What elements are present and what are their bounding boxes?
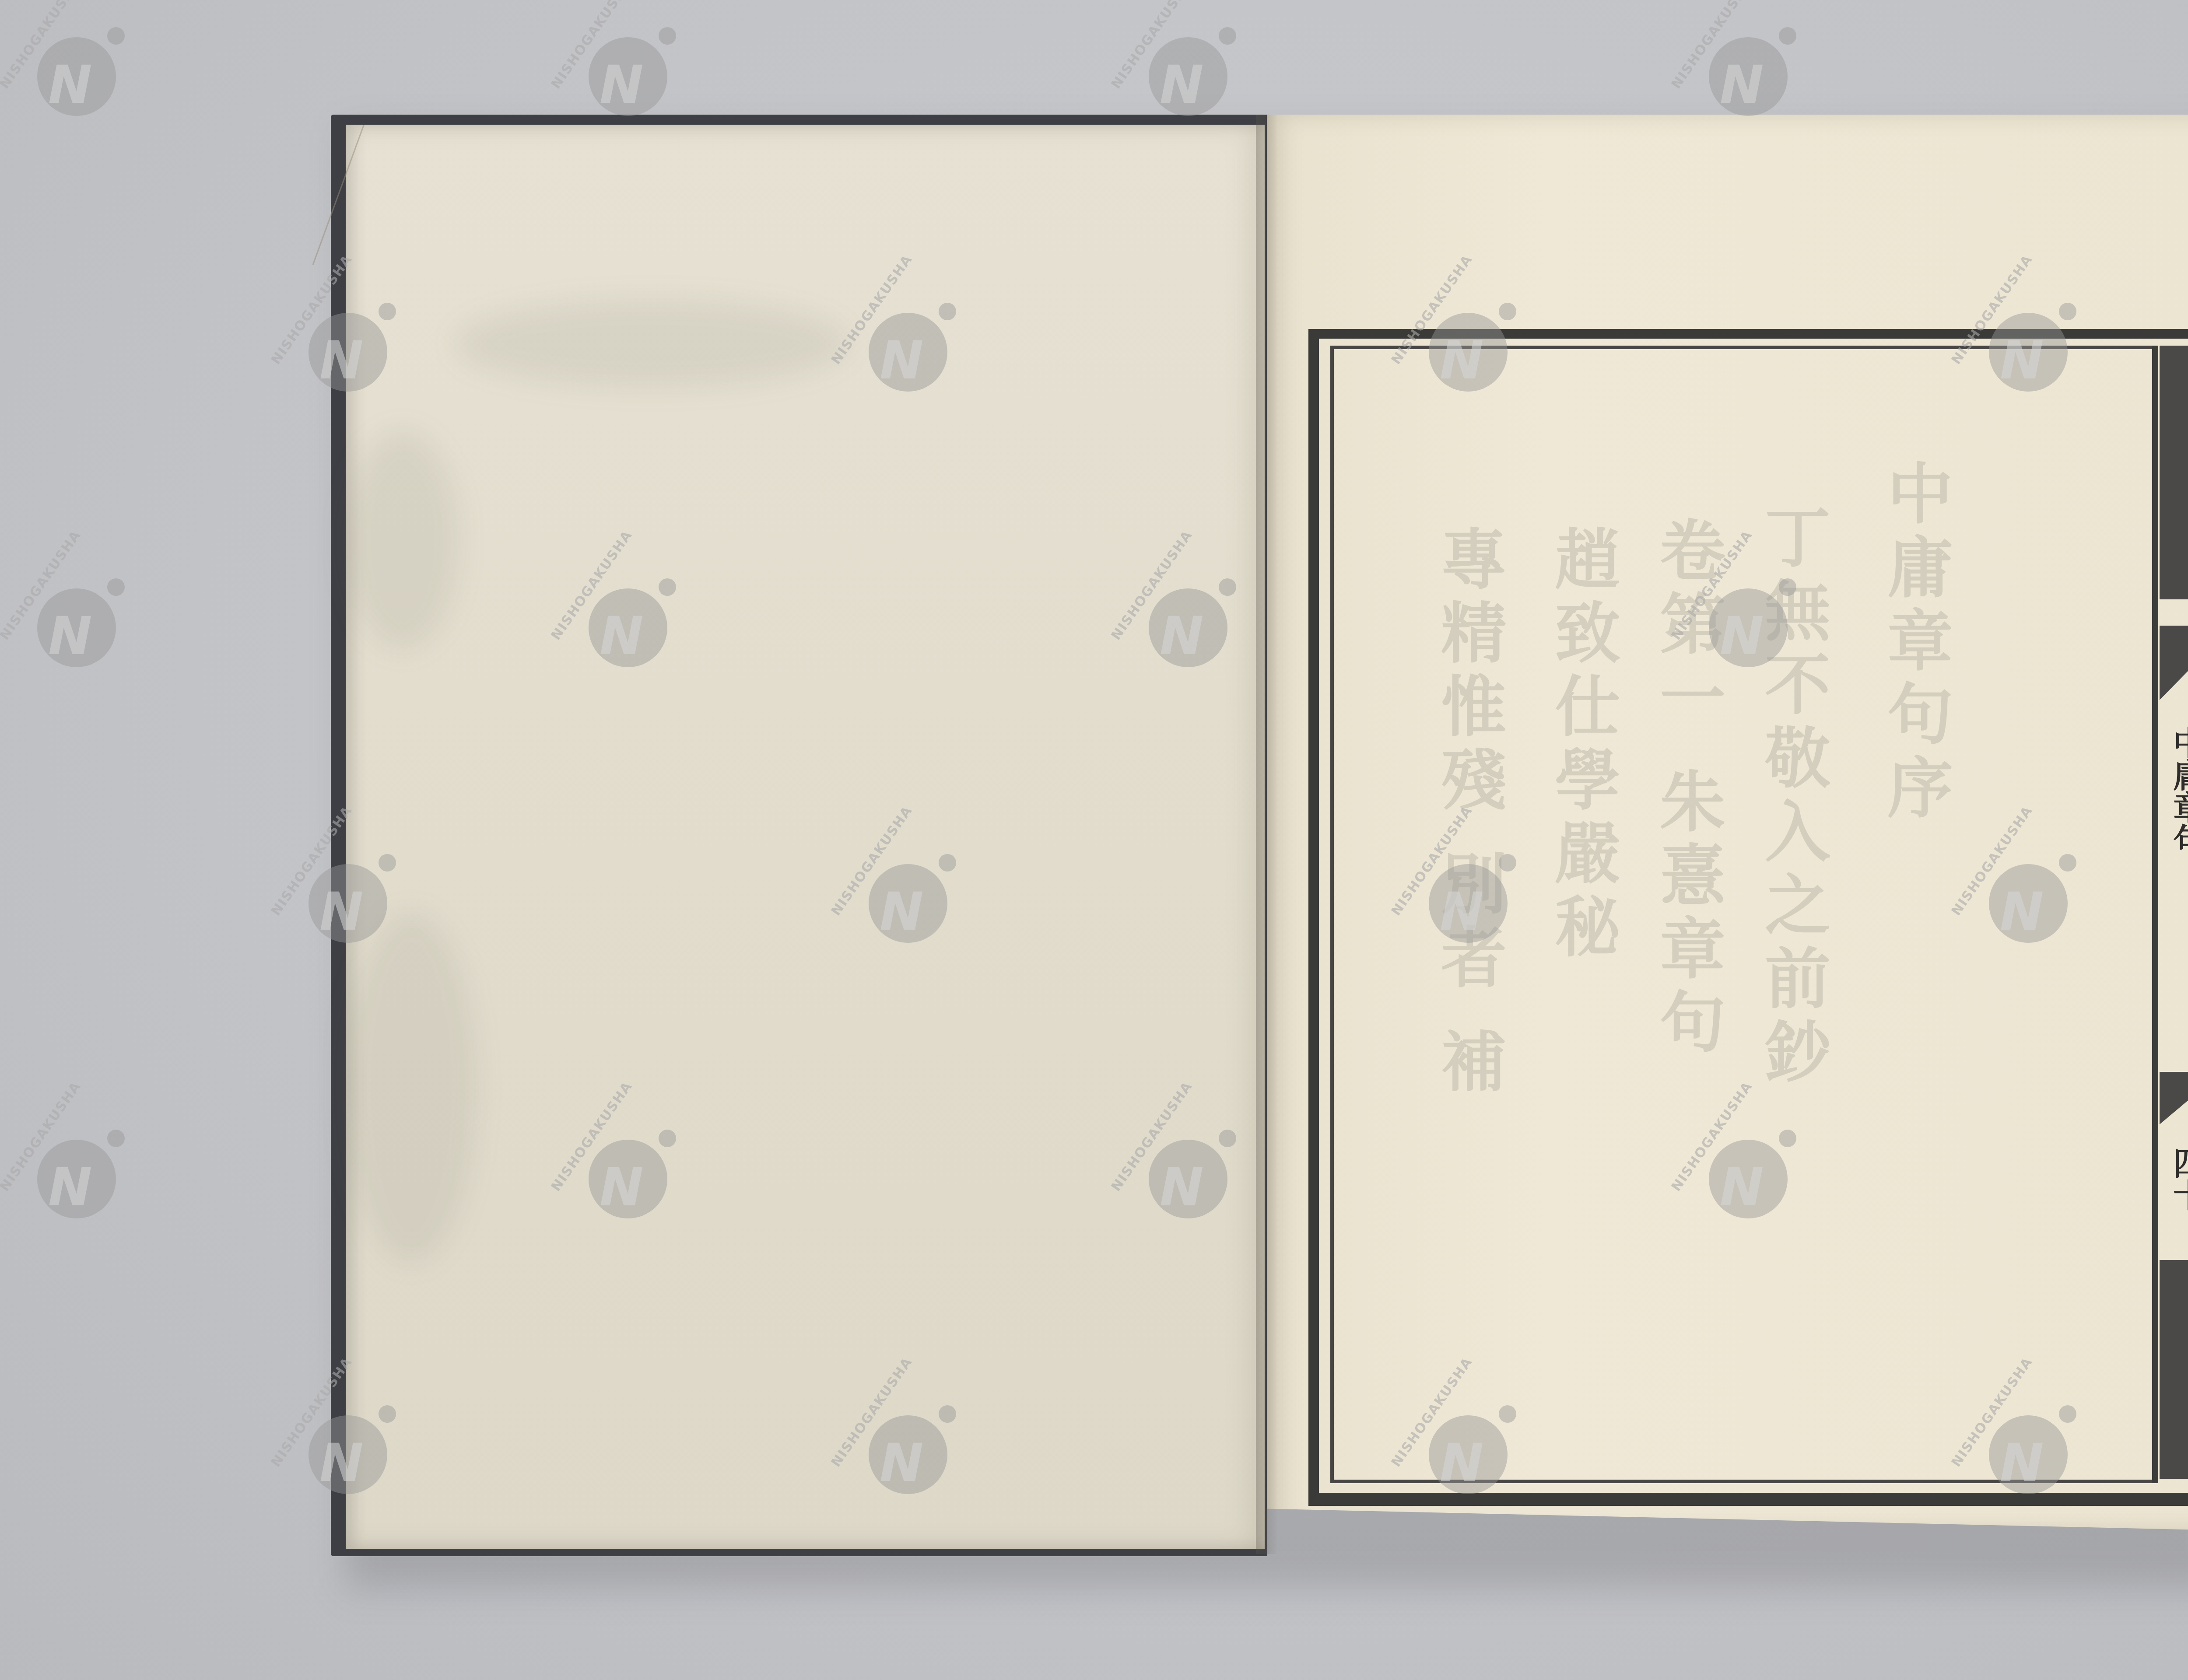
watermark-logo-icon: NNISHOGAKUSHA bbox=[1689, 569, 1799, 678]
watermark-logo-icon: NNISHOGAKUSHA bbox=[1409, 1396, 1518, 1505]
watermark-logo-icon: NNISHOGAKUSHA bbox=[289, 1396, 398, 1505]
watermark-logo-icon: NNISHOGAKUSHA bbox=[18, 1120, 127, 1229]
watermark-logo-icon: NNISHOGAKUSHA bbox=[1129, 1120, 1238, 1229]
watermark-logo-icon: NNISHOGAKUSHA bbox=[1129, 17, 1238, 127]
left-page bbox=[346, 125, 1265, 1549]
watermark-logo-icon: NNISHOGAKUSHA bbox=[569, 1120, 678, 1229]
stain bbox=[455, 300, 849, 387]
watermark-logo-icon: NNISHOGAKUSHA bbox=[1969, 1396, 2079, 1505]
watermark-logo-icon: NNISHOGAKUSHA bbox=[849, 293, 958, 402]
margin-title: 中庸章句 bbox=[2166, 726, 2188, 910]
watermark-logo-icon: NNISHOGAKUSHA bbox=[569, 17, 678, 127]
watermark-logo-icon: NNISHOGAKUSHA bbox=[1689, 1120, 1799, 1229]
watermark-logo-icon: NNISHOGAKUSHA bbox=[569, 569, 678, 678]
book-gutter-shadow bbox=[1256, 115, 1278, 1554]
lower-black-mouth bbox=[2160, 1260, 2188, 1479]
watermark-logo-icon: NNISHOGAKUSHA bbox=[1969, 293, 2079, 402]
stain bbox=[346, 912, 477, 1262]
watermark-logo-icon: NNISHOGAKUSHA bbox=[289, 293, 398, 402]
upper-black-mouth bbox=[2160, 346, 2188, 599]
watermark-logo-icon: NNISHOGAKUSHA bbox=[1969, 844, 2079, 954]
margin-page-number: 四十 bbox=[2166, 1146, 2188, 1242]
watermark-logo-icon: NNISHOGAKUSHA bbox=[18, 17, 127, 127]
watermark-logo-icon: NNISHOGAKUSHA bbox=[1409, 293, 1518, 402]
stain bbox=[346, 431, 459, 650]
watermark-logo-icon: NNISHOGAKUSHA bbox=[1409, 844, 1518, 954]
watermark-logo-icon: NNISHOGAKUSHA bbox=[18, 569, 127, 678]
watermark-logo-icon: NNISHOGAKUSHA bbox=[849, 1396, 958, 1505]
watermark-logo-icon: NNISHOGAKUSHA bbox=[289, 844, 398, 954]
watermark-logo-icon: NNISHOGAKUSHA bbox=[849, 844, 958, 954]
watermark-logo-icon: NNISHOGAKUSHA bbox=[1129, 569, 1238, 678]
watermark-logo-icon: NNISHOGAKUSHA bbox=[1689, 17, 1799, 127]
